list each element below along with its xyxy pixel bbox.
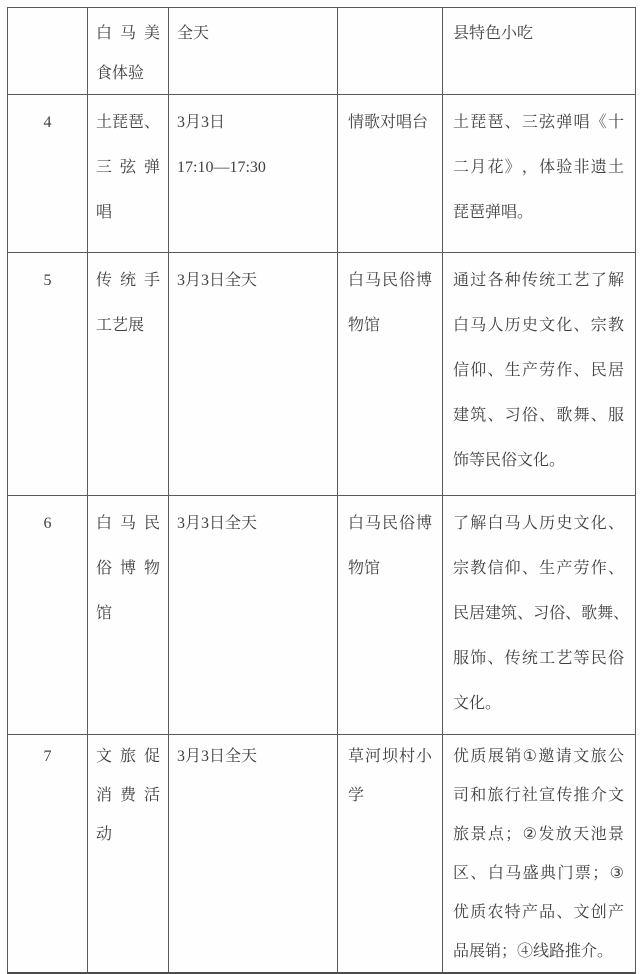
cell-activity: 文旅促消费活动 <box>88 735 169 973</box>
text-line: 3月3日全天 <box>177 737 333 776</box>
cell-description: 优质展销①邀请文旅公司和旅行社宣传推介文旅景点；②发放天池景区、白马盛典门票；③… <box>443 735 636 973</box>
text-line: 3月3日 <box>177 100 333 145</box>
cell-location-content: 白马民俗博物馆 <box>338 496 442 591</box>
text-line: 唱 <box>96 190 160 235</box>
table-row-header: 白马美食体验全天县特色小吃 <box>8 8 636 95</box>
cell-number <box>8 8 88 95</box>
cell-location-content <box>338 8 442 14</box>
cell-number: 6 <box>8 496 88 735</box>
text-line: 信仰、生产劳作、民居 <box>453 348 624 393</box>
text-line: 3月3日全天 <box>177 501 333 546</box>
cell-time: 3月3日全天 <box>169 496 338 735</box>
cell-time-content: 3月3日全天 <box>169 253 337 303</box>
text-line: 饰等民俗文化。 <box>453 438 624 483</box>
text-line: 馆 <box>96 591 160 636</box>
text-line: 传统手 <box>96 258 160 303</box>
cell-activity-content: 土琵琶、三弦弹唱 <box>88 95 168 235</box>
cell-activity: 白马民俗博物馆 <box>88 496 169 735</box>
text-line: 三弦弹 <box>96 145 160 190</box>
text-line: 宗教信仰、生产劳作、 <box>453 546 624 591</box>
cell-time: 3月3日全天 <box>169 253 338 496</box>
text-line: 建筑、习俗、歌舞、服 <box>453 393 624 438</box>
cell-number: 4 <box>8 95 88 253</box>
text-line: 白马民俗博 <box>348 501 432 546</box>
text-line: 消费活 <box>96 776 160 815</box>
cell-description-content: 县特色小吃 <box>443 8 635 54</box>
text-line: 优质展销①邀请文旅公 <box>453 737 624 776</box>
text-line: 二月花》，体验非遗土 <box>453 145 624 190</box>
cell-activity-content: 白马美食体验 <box>88 8 168 94</box>
cell-time-content: 3月3日全天 <box>169 496 337 546</box>
cell-description-content: 通过各种传统工艺了解白马人历史文化、宗教信仰、生产劳作、民居建筑、习俗、歌舞、服… <box>443 253 635 483</box>
text-line: 琵琶弹唱。 <box>453 190 624 235</box>
text-line: 全天 <box>177 14 333 54</box>
cell-location: 白马民俗博物馆 <box>338 496 443 735</box>
cell-activity-content: 传统手工艺展 <box>88 253 168 348</box>
cell-time-content: 3月3日17:10—17:30 <box>169 95 337 190</box>
text-line: 白马人历史文化、宗教 <box>453 303 624 348</box>
cell-location-content: 情歌对唱台 <box>338 95 442 145</box>
text-line: 3月3日全天 <box>177 258 333 303</box>
text-line: 民居建筑、习俗、歌舞、 <box>453 591 624 636</box>
activity-schedule-table: 白马美食体验全天县特色小吃4土琵琶、三弦弹唱3月3日17:10—17:30情歌对… <box>7 7 636 974</box>
text-line: 物馆 <box>348 546 432 591</box>
cell-location-content: 草河坝村小学 <box>338 735 442 815</box>
cell-time-content: 3月3日全天 <box>169 735 337 776</box>
cell-number-content: 7 <box>8 735 87 776</box>
text-line: 区、白马盛典门票；③ <box>453 854 624 893</box>
cell-description-content: 土琵琶、三弦弹唱《十二月花》，体验非遗土琵琶弹唱。 <box>443 95 635 235</box>
text-line: 旅景点；②发放天池景 <box>453 815 624 854</box>
cell-activity: 白马美食体验 <box>88 8 169 95</box>
cell-location: 草河坝村小学 <box>338 735 443 973</box>
cell-description-content: 优质展销①邀请文旅公司和旅行社宣传推介文旅景点；②发放天池景区、白马盛典门票；③… <box>443 735 635 971</box>
text-line: 白马民俗博 <box>348 258 432 303</box>
cell-time: 3月3日17:10—17:30 <box>169 95 338 253</box>
cell-time: 全天 <box>169 8 338 95</box>
text-line: 县特色小吃 <box>453 14 624 54</box>
schedule-table: 白马美食体验全天县特色小吃4土琵琶、三弦弹唱3月3日17:10—17:30情歌对… <box>7 7 636 974</box>
text-line: 5 <box>10 258 85 303</box>
text-line: 草河坝村小 <box>348 737 432 776</box>
cell-time-content: 全天 <box>169 8 337 54</box>
cell-description: 土琵琶、三弦弹唱《十二月花》，体验非遗土琵琶弹唱。 <box>443 95 636 253</box>
text-line: 文化。 <box>453 681 624 726</box>
cell-location-content: 白马民俗博物馆 <box>338 253 442 348</box>
cell-number: 5 <box>8 253 88 496</box>
table-row-4: 4土琵琶、三弦弹唱3月3日17:10—17:30情歌对唱台土琵琶、三弦弹唱《十二… <box>8 95 636 253</box>
text-line: 动 <box>96 815 160 854</box>
text-line: 土琵琶、三弦弹唱《十 <box>453 100 624 145</box>
cell-activity: 传统手工艺展 <box>88 253 169 496</box>
cell-location: 白马民俗博物馆 <box>338 253 443 496</box>
text-line: 优质农特产品、文创产 <box>453 893 624 932</box>
text-line: 6 <box>10 501 85 546</box>
text-line: 7 <box>10 737 85 776</box>
cell-location <box>338 8 443 95</box>
cell-number-content: 5 <box>8 253 87 303</box>
text-line: 服饰、传统工艺等民俗 <box>453 636 624 681</box>
cell-activity: 土琵琶、三弦弹唱 <box>88 95 169 253</box>
text-line: 司和旅行社宣传推介文 <box>453 776 624 815</box>
text-line: 情歌对唱台 <box>348 100 432 145</box>
text-line: 白马民 <box>96 501 160 546</box>
cell-number-content: 6 <box>8 496 87 546</box>
text-line: 物馆 <box>348 303 432 348</box>
text-line: 工艺展 <box>96 303 160 348</box>
cell-time: 3月3日全天 <box>169 735 338 973</box>
table-row-5: 5传统手工艺展3月3日全天白马民俗博物馆通过各种传统工艺了解白马人历史文化、宗教… <box>8 253 636 496</box>
text-line: 了解白马人历史文化、 <box>453 501 624 546</box>
cell-activity-content: 白马民俗博物馆 <box>88 496 168 636</box>
cell-number-content: 4 <box>8 95 87 145</box>
text-line: 17:10—17:30 <box>177 145 333 190</box>
table-row-7: 7文旅促消费活动3月3日全天草河坝村小学优质展销①邀请文旅公司和旅行社宣传推介文… <box>8 735 636 973</box>
text-line: 学 <box>348 776 432 815</box>
cell-description: 了解白马人历史文化、宗教信仰、生产劳作、民居建筑、习俗、歌舞、服饰、传统工艺等民… <box>443 496 636 735</box>
cell-location: 情歌对唱台 <box>338 95 443 253</box>
cell-description: 县特色小吃 <box>443 8 636 95</box>
text-line: 白马美 <box>96 14 160 54</box>
text-line: 通过各种传统工艺了解 <box>453 258 624 303</box>
text-line: 食体验 <box>96 54 160 94</box>
text-line: 品展销；④线路推介。 <box>453 932 624 971</box>
cell-description: 通过各种传统工艺了解白马人历史文化、宗教信仰、生产劳作、民居建筑、习俗、歌舞、服… <box>443 253 636 496</box>
table-row-6: 6白马民俗博物馆3月3日全天白马民俗博物馆了解白马人历史文化、宗教信仰、生产劳作… <box>8 496 636 735</box>
text-line: 土琵琶、 <box>96 100 160 145</box>
text-line: 文旅促 <box>96 737 160 776</box>
text-line: 俗博物 <box>96 546 160 591</box>
text-line: 4 <box>10 100 85 145</box>
cell-activity-content: 文旅促消费活动 <box>88 735 168 854</box>
cell-number: 7 <box>8 735 88 973</box>
cell-number-content <box>8 8 87 14</box>
cell-description-content: 了解白马人历史文化、宗教信仰、生产劳作、民居建筑、习俗、歌舞、服饰、传统工艺等民… <box>443 496 635 726</box>
